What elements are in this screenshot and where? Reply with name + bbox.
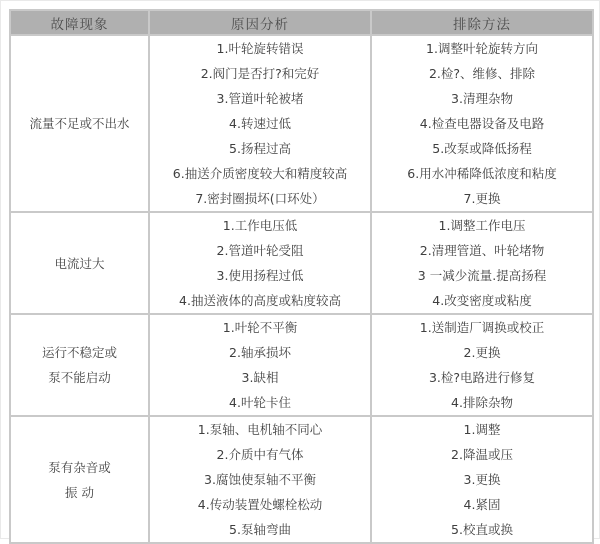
remedies-cell-line: 4.紧固 [372,492,592,517]
causes-cell-line: 4.转速过低 [150,111,370,136]
remedies-cell: 1.送制造厂调换或校正2.更换3.检?电路进行修复4.排除杂物 [371,314,593,416]
table-row: 运行不稳定或泵不能启动1.叶轮不平衡2.轴承损坏3.缺相4.叶轮卡住1.送制造厂… [10,314,593,416]
fault-cell-line: 流量不足或不出水 [11,111,148,136]
header-row: 故障现象 原因分析 排除方法 [10,10,593,35]
causes-cell-line: 2.轴承损坏 [150,340,370,365]
causes-cell-line: 3.管道叶轮被堵 [150,86,370,111]
causes-cell-line: 1.叶轮旋转错误 [150,36,370,61]
causes-cell: 1.叶轮不平衡2.轴承损坏3.缺相4.叶轮卡住 [149,314,371,416]
remedies-cell: 1.调整2.降温或压3.更换4.紧固5.校直或换 [371,416,593,543]
causes-cell: 1.叶轮旋转错误2.阀门是否打?和完好3.管道叶轮被堵4.转速过低5.扬程过高6… [149,35,371,212]
remedies-cell-line: 3.检?电路进行修复 [372,365,592,390]
remedies-cell-line: 6.用水冲稀降低浓度和粘度 [372,161,592,186]
fault-cell: 泵有杂音或振 动 [10,416,149,543]
remedies-cell-line: 3.更换 [372,467,592,492]
remedies-cell-line: 5.校直或换 [372,517,592,542]
remedies-cell-line: 3.清理杂物 [372,86,592,111]
causes-cell-line: 3.使用扬程过低 [150,263,370,288]
causes-cell-line: 1.工作电压低 [150,213,370,238]
causes-cell: 1.泵轴、电机轴不同心2.介质中有气体3.腐蚀使泵轴不平衡4.传动装置处螺栓松动… [149,416,371,543]
fault-cell: 运行不稳定或泵不能启动 [10,314,149,416]
causes-cell-line: 4.叶轮卡住 [150,390,370,415]
fault-cell-line: 振 动 [11,480,148,505]
fault-cell-line: 电流过大 [11,251,148,276]
table-body: 流量不足或不出水1.叶轮旋转错误2.阀门是否打?和完好3.管道叶轮被堵4.转速过… [10,35,593,543]
remedies-cell-line: 2.清理管道、叶轮堵物 [372,238,592,263]
fault-cell-line: 泵不能启动 [11,365,148,390]
remedies-cell-line: 2.更换 [372,340,592,365]
causes-cell-line: 6.抽送介质密度较大和精度较高 [150,161,370,186]
header-fault: 故障现象 [10,10,149,35]
remedies-cell-line: 2.降温或压 [372,442,592,467]
causes-cell-line: 1.叶轮不平衡 [150,315,370,340]
remedies-cell-line: 1.送制造厂调换或校正 [372,315,592,340]
header-cause: 原因分析 [149,10,371,35]
causes-cell-line: 7.密封圈损坏(口环处） [150,186,370,211]
remedies-cell: 1.调整叶轮旋转方向2.检?、维修、排除3.清理杂物4.检查电器设备及电路5.改… [371,35,593,212]
causes-cell: 1.工作电压低2.管道叶轮受阻3.使用扬程过低4.抽送液体的高度或粘度较高 [149,212,371,314]
fault-cell-line: 运行不稳定或 [11,340,148,365]
causes-cell-line: 3.腐蚀使泵轴不平衡 [150,467,370,492]
causes-cell-line: 2.阀门是否打?和完好 [150,61,370,86]
causes-cell-line: 2.介质中有气体 [150,442,370,467]
fault-cell: 流量不足或不出水 [10,35,149,212]
causes-cell-line: 3.缺相 [150,365,370,390]
remedies-cell-line: 4.检查电器设备及电路 [372,111,592,136]
causes-cell-line: 4.传动装置处螺栓松动 [150,492,370,517]
causes-cell-line: 5.泵轴弯曲 [150,517,370,542]
remedies-cell-line: 1.调整工作电压 [372,213,592,238]
pump-trouble-table: 故障现象 原因分析 排除方法 流量不足或不出水1.叶轮旋转错误2.阀门是否打?和… [9,9,594,544]
remedies-cell-line: 2.检?、维修、排除 [372,61,592,86]
causes-cell-line: 1.泵轴、电机轴不同心 [150,417,370,442]
fault-cell: 电流过大 [10,212,149,314]
causes-cell-line: 5.扬程过高 [150,136,370,161]
table-row: 流量不足或不出水1.叶轮旋转错误2.阀门是否打?和完好3.管道叶轮被堵4.转速过… [10,35,593,212]
header-remedy: 排除方法 [371,10,593,35]
remedies-cell: 1.调整工作电压2.清理管道、叶轮堵物3 一减少流量.提高扬程4.改变密度或粘度 [371,212,593,314]
remedies-cell-line: 1.调整叶轮旋转方向 [372,36,592,61]
page: 故障现象 原因分析 排除方法 流量不足或不出水1.叶轮旋转错误2.阀门是否打?和… [0,0,600,539]
fault-cell-line: 泵有杂音或 [11,455,148,480]
remedies-cell-line: 5.改泵或降低扬程 [372,136,592,161]
table-row: 电流过大1.工作电压低2.管道叶轮受阻3.使用扬程过低4.抽送液体的高度或粘度较… [10,212,593,314]
remedies-cell-line: 3 一减少流量.提高扬程 [372,263,592,288]
remedies-cell-line: 4.排除杂物 [372,390,592,415]
remedies-cell-line: 4.改变密度或粘度 [372,288,592,313]
remedies-cell-line: 7.更换 [372,186,592,211]
table-row: 泵有杂音或振 动1.泵轴、电机轴不同心2.介质中有气体3.腐蚀使泵轴不平衡4.传… [10,416,593,543]
causes-cell-line: 4.抽送液体的高度或粘度较高 [150,288,370,313]
remedies-cell-line: 1.调整 [372,417,592,442]
causes-cell-line: 2.管道叶轮受阻 [150,238,370,263]
